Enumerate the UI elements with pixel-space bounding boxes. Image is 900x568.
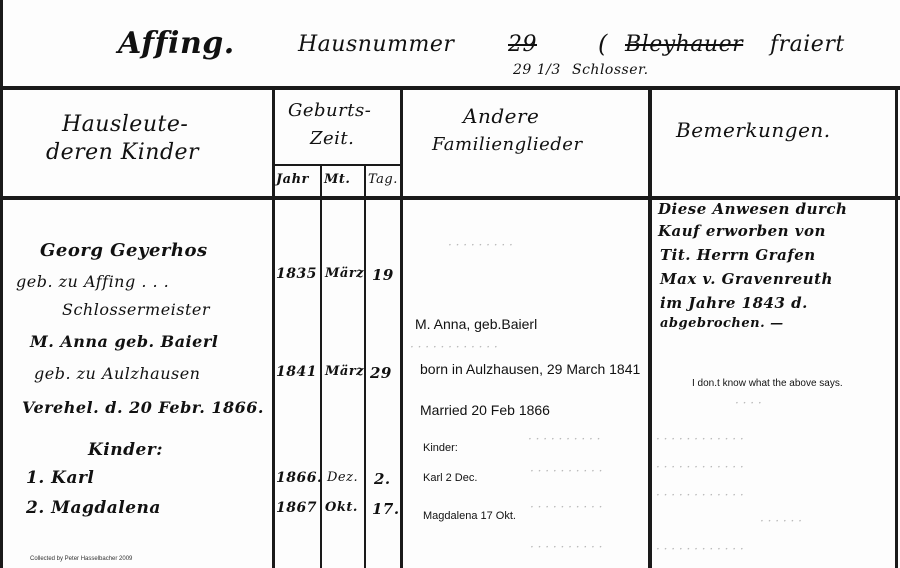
bleed-through-1: · · · · · · · · ·: [448, 238, 513, 252]
annotation-marriage: Married 20 Feb 1866: [420, 402, 550, 418]
bleed-through-3: · · · · · · · · · ·: [528, 432, 600, 446]
occupation-note: Schlosser.: [572, 62, 649, 78]
ledger-page: Affing. Hausnummer 29 ( Bleyhauer fraier…: [0, 0, 900, 568]
bleed-through-8: · · · · · · · · · · · ·: [656, 432, 744, 446]
birth-month-4: Okt.: [325, 500, 358, 515]
occupation-after: fraiert: [770, 32, 845, 57]
entry-husband-name: Georg Geyerhos: [40, 240, 208, 261]
rule-left-edge: [0, 0, 3, 568]
col2-sub-month: Mt.: [324, 172, 350, 187]
bleed-through-7: · · · ·: [735, 396, 762, 410]
annotation-children-label: Kinder:: [423, 442, 458, 454]
birth-year-4: 1867: [276, 500, 317, 516]
rule-col2-col3: [400, 88, 403, 568]
annotation-remarks-note: I don.t know what the above says.: [692, 378, 843, 389]
col3-header-line1: Andere: [463, 104, 539, 128]
col4-header: Bemerkungen.: [676, 118, 831, 142]
annotation-wife-birth: born in Aulzhausen, 29 March 1841: [420, 361, 640, 377]
house-number-new: 29 1/3: [513, 62, 561, 78]
entry-husband-occupation: Schlossermeister: [62, 300, 210, 319]
birth-year-2: 1841: [276, 364, 317, 380]
col2-sub-day: Tag.: [368, 172, 398, 187]
bleed-through-11: · · · · · ·: [760, 514, 802, 528]
remark-line-2: Kauf erworben von: [658, 222, 826, 240]
birth-day-2: 29: [370, 364, 392, 382]
rule-col1-col2: [272, 88, 275, 568]
entry-children-label: Kinder:: [88, 440, 163, 460]
place-name: Affing.: [118, 26, 235, 61]
col2-header-line2: Zeit.: [310, 128, 354, 149]
entry-marriage: Verehel. d. 20 Febr. 1866.: [22, 398, 264, 417]
rule-year-month: [320, 165, 322, 568]
birth-month-2: März: [325, 364, 364, 379]
rule-subheader: [273, 164, 401, 166]
rule-right-edge: [895, 88, 898, 568]
credit-text: Collected by Peter Hasselbacher 2009: [30, 556, 132, 562]
col1-header-line2: deren Kinder: [46, 140, 199, 165]
remark-line-6: abgebrochen. —: [660, 316, 784, 331]
remark-line-3: Tit. Herrn Grafen: [660, 246, 816, 264]
annotation-wife-name: M. Anna, geb.Baierl: [415, 316, 537, 332]
entry-child-2: 2. Magdalena: [26, 498, 161, 518]
struck-occupation: Bleyhauer: [625, 32, 743, 57]
house-number-label: Hausnummer: [298, 32, 454, 57]
bleed-through-5: · · · · · · · · · ·: [530, 500, 602, 514]
bleed-through-10: · · · · · · · · · · · ·: [656, 488, 744, 502]
entry-wife-name: M. Anna geb. Baierl: [30, 332, 218, 351]
entry-wife-birthplace: geb. zu Aulzhausen: [34, 364, 200, 383]
annotation-child-karl: Karl 2 Dec.: [423, 472, 477, 484]
birth-day-4: 17.: [372, 500, 400, 518]
entry-husband-birthplace: geb. zu Affing . . .: [16, 272, 169, 291]
remark-line-5: im Jahre 1843 d.: [660, 294, 808, 312]
birth-year-3: 1866.: [276, 470, 322, 486]
bleed-through-2: · · · · · · · · · · · ·: [410, 340, 498, 354]
rule-month-day: [364, 165, 366, 568]
col1-header-line1: Hausleute-: [62, 112, 188, 137]
bleed-through-9: · · · · · · · · · · · ·: [656, 460, 744, 474]
entry-child-1: 1. Karl: [26, 468, 94, 488]
col3-header-line2: Familienglieder: [432, 134, 583, 155]
annotation-child-magdalena: Magdalena 17 Okt.: [423, 510, 516, 522]
birth-day-3: 2.: [374, 470, 391, 488]
birth-year-1: 1835: [276, 266, 317, 282]
remark-line-1: Diese Anwesen durch: [658, 200, 847, 218]
col2-header-line1: Geburts-: [288, 100, 371, 121]
rule-col3-col4: [648, 88, 652, 568]
bleed-through-6: · · · · · · · · · ·: [530, 540, 602, 554]
col2-sub-year: Jahr: [276, 172, 309, 187]
house-number-struck: 29: [508, 32, 537, 57]
paren-open: (: [598, 30, 608, 58]
birth-month-1: März: [325, 266, 364, 281]
rule-top: [0, 86, 900, 90]
birth-month-3: Dez.: [327, 470, 358, 485]
birth-day-1: 19: [372, 266, 394, 284]
bleed-through-12: · · · · · · · · · · · ·: [656, 542, 744, 556]
bleed-through-4: · · · · · · · · · ·: [530, 464, 602, 478]
remark-line-4: Max v. Gravenreuth: [660, 270, 833, 288]
